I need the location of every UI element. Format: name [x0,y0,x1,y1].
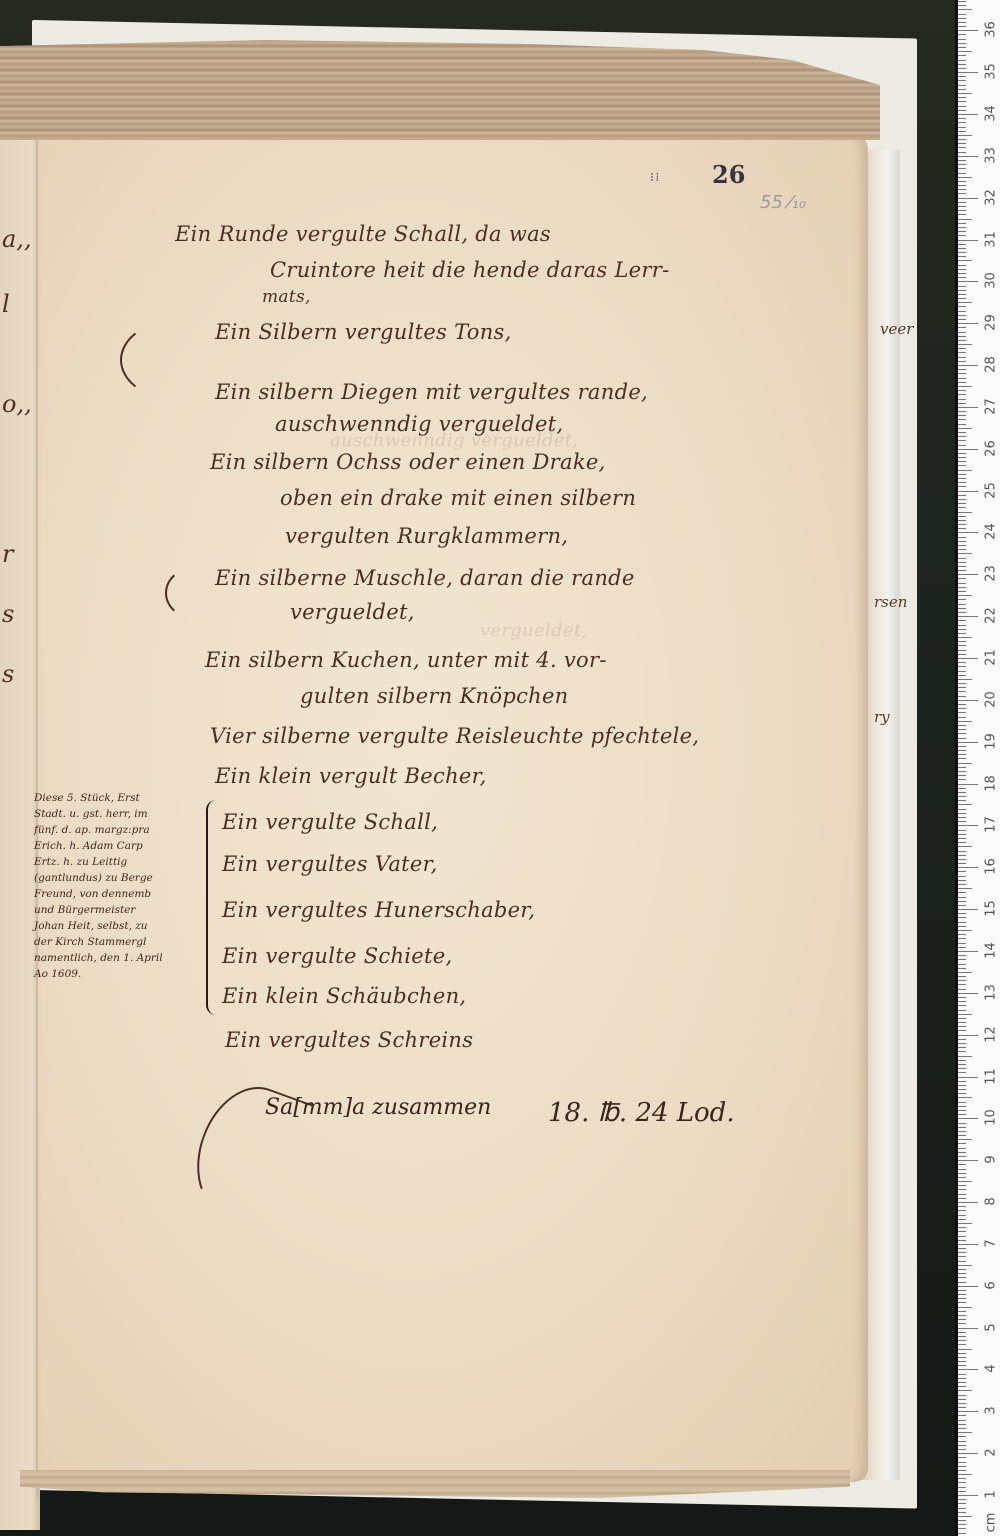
ruler-tick [958,80,966,81]
ruler-tick [958,407,978,408]
ruler-tick [958,959,966,960]
ruler-tick [958,683,966,684]
ruler-tick [958,1097,972,1098]
ruler-tick [958,1466,966,1467]
ruler-tick [958,495,966,496]
ruler-tick [958,679,972,680]
inventory-line: Vier silberne vergulte Reisleuchte pfech… [210,724,699,748]
ruler-tick [958,1030,966,1031]
inventory-line: vergueldet, [290,600,415,624]
ruler-tick [958,1286,978,1287]
ruler-tick [958,219,972,220]
ruler-tick [958,1035,978,1036]
ruler-tick [958,1169,966,1170]
ruler-label: 8 [984,1191,999,1213]
ruler-tick [958,717,966,718]
inventory-line: Ein silbern Kuchen, unter mit 4. vor- [205,648,607,672]
ruler-label: 12 [984,1023,999,1045]
ruler-tick [958,901,966,902]
inventory-line: vergulten Rurgklammern, [285,524,568,548]
ruler-tick [958,1248,966,1249]
ruler-tick [958,474,966,475]
ruler-tick [958,14,966,15]
margin-note-line: der Kirch Stammergl [34,934,204,950]
ruler-tick [958,1077,978,1078]
inventory-line: Ein vergultes Schreins [225,1028,473,1052]
ruler-tick [958,1081,966,1082]
ruler-tick [958,369,966,370]
inventory-line: Ein vergultes Hunerschaber, [222,898,535,922]
ruler-tick [958,327,966,328]
ruler-label: 34 [984,102,999,124]
ruler-tick [958,578,966,579]
ruler-label: 35 [984,61,999,83]
ruler-label: 23 [984,563,999,585]
inventory-line: Ein Runde vergulte Schall, da was [175,222,551,246]
ruler-tick [958,976,966,977]
ruler-tick [958,1533,966,1534]
ruler-tick [958,357,966,358]
ruler-label: 27 [984,395,999,417]
ruler-tick [958,1382,966,1383]
ruler-tick [958,336,966,337]
pencil-annotation: 55 ⁄₁₀ [760,192,806,213]
ruler-tick [958,486,966,487]
ruler-tick [958,168,966,169]
ruler-tick [958,240,978,241]
ruler-tick [958,1323,966,1324]
ruler-tick [958,507,966,508]
ruler-tick [958,436,966,437]
ruler-label: 25 [984,479,999,501]
ruler-tick [958,1256,966,1257]
ruler-tick [958,654,966,655]
ruler-tick [958,382,966,383]
ruler-tick [958,1344,966,1345]
ruler-tick [958,721,972,722]
ruler-tick [958,394,966,395]
ruler-tick [958,746,966,747]
ruler-tick [958,1503,966,1504]
ruler-tick [958,984,966,985]
ruler-label: 3 [984,1400,999,1422]
ruler-tick [958,989,966,990]
ruler-tick [958,503,966,504]
ruler-tick [958,386,972,387]
ruler-tick [958,390,966,391]
ruler-tick [958,1240,966,1241]
inventory-line: Ein vergultes Vater, [222,852,438,876]
margin-note-line: namentlich, den 1. April [34,950,204,966]
ruler-tick [958,1269,966,1270]
ruler-tick [958,51,972,52]
inventory-line: Ein silberne Muschle, daran die rande [215,566,635,590]
ruler-tick [958,1415,966,1416]
ruler-tick [958,193,966,194]
ruler-tick [958,97,966,98]
ruler-tick [958,1135,966,1136]
ruler-tick [958,671,966,672]
edge-fragment: veer [880,320,913,338]
margin-note-line: Stadt. u. gst. herr, im [34,806,204,822]
ruler-label: 26 [984,437,999,459]
ruler-tick [958,235,966,236]
ruler-tick [958,1462,966,1463]
ruler-tick [958,604,966,605]
ruler-tick [958,1202,978,1203]
edge-fragment: ry [874,708,890,726]
ruler-tick [958,244,966,245]
grouping-bracket [206,800,220,1015]
ruler-tick [958,461,966,462]
ruler-tick [958,851,966,852]
ruler-tick [958,1051,966,1052]
ruler-label: 15 [984,898,999,920]
ruler-tick [958,964,966,965]
ruler-tick [958,131,966,132]
ruler-tick [958,415,966,416]
ruler-tick [958,570,966,571]
left-page-fragment: a,, [2,225,32,253]
ruler-label: 32 [984,186,999,208]
ruler-tick [958,181,966,182]
ruler-tick [958,846,972,847]
ruler-tick [958,445,966,446]
ruler-tick [958,775,966,776]
ruler-label: 6 [984,1274,999,1296]
ruler-tick [958,210,966,211]
ruler-tick [958,1495,978,1496]
ruler-tick [958,1102,966,1103]
ruler-tick [958,813,966,814]
ruler-tick [958,545,966,546]
ruler-tick [958,645,966,646]
deckled-top-edge [0,40,880,140]
ruler-unit-label: cm [984,1512,999,1534]
ruler-tick [958,1407,966,1408]
ruler-tick [958,202,966,203]
ruler-tick [958,89,966,90]
ruler-tick [958,491,978,492]
ruler-tick [958,30,978,31]
ruler-tick [958,499,966,500]
ruler-tick [958,85,966,86]
ruler-tick [958,1424,966,1425]
ruler-tick [958,1173,966,1174]
ruler-label: 17 [984,814,999,836]
ruler-tick [958,591,966,592]
ruler-tick [958,319,966,320]
ruler-tick [958,738,966,739]
ruler-tick [958,863,966,864]
ruler-tick [958,1524,966,1525]
ruler-tick [958,625,966,626]
ruler-tick [958,198,978,199]
ruler-tick [958,76,966,77]
ruler-tick [958,532,978,533]
ruler-tick [958,1428,966,1429]
ruler-tick [958,1512,966,1513]
ruler-tick [958,821,966,822]
ruler-tick [958,256,966,257]
ruler-tick [958,1403,966,1404]
ruler-tick [958,286,966,287]
ruler-tick [958,147,966,148]
ruler-tick [958,884,966,885]
ruler-tick [958,549,966,550]
ruler-tick [958,1273,966,1274]
ruler-label: 9 [984,1149,999,1171]
ruler-tick [958,361,966,362]
ruler-tick [958,1282,966,1283]
ruler-tick [958,1365,966,1366]
ruler-tick [958,1386,966,1387]
ruler-tick [958,1294,966,1295]
ruler-tick [958,934,966,935]
ruler-tick [958,1022,966,1023]
ruler-tick [958,553,972,554]
ruler-tick [958,1399,966,1400]
ruler-tick [958,156,978,157]
ruler-tick [958,658,978,659]
bleed-through-text: vergueldet, [480,620,587,641]
ruler-tick [958,1508,966,1509]
ruler-tick [958,620,966,621]
ruler-tick [958,943,966,944]
ruler-tick [958,897,966,898]
ruler-tick [958,1520,966,1521]
ruler-label: 19 [984,730,999,752]
ruler-tick [958,1177,966,1178]
ruler-tick [958,323,978,324]
margin-note-line: fünf. d. ap. margz:pra [34,822,204,838]
ruler-label: 11 [984,1065,999,1087]
ruler-tick [958,189,966,190]
ruler-tick [958,1110,966,1111]
ruler-tick [958,1307,972,1308]
ruler-tick [958,269,966,270]
inventory-line: Ein klein vergult Becher, [215,764,487,788]
ruler-tick [958,294,966,295]
ruler-tick [958,809,966,810]
ruler-tick [958,524,966,525]
ruler-tick [958,470,972,471]
ruler-label: 16 [984,856,999,878]
ruler-tick [958,1005,966,1006]
ruler-tick [958,917,966,918]
ruler-label: 1 [984,1484,999,1506]
ruler-tick [958,1369,978,1370]
ruler-label: 18 [984,772,999,794]
ruler-label: 24 [984,521,999,543]
ruler-tick [958,704,966,705]
ruler-label: 7 [984,1232,999,1254]
ruler-tick [958,842,966,843]
margin-note: Diese 5. Stück, Erst Stadt. u. gst. herr… [34,790,204,982]
ruler-label: 13 [984,981,999,1003]
ruler-tick [958,729,966,730]
ruler-tick [958,712,966,713]
ruler-label: 33 [984,144,999,166]
ruler-tick [958,1499,966,1500]
ruler-tick [958,160,966,161]
ruler-tick [958,892,966,893]
ruler-tick [958,1026,966,1027]
inventory-line: mats, [262,287,311,307]
ruler-tick [958,1,966,2]
ruler-tick [958,537,966,538]
ruler-tick [958,1445,966,1446]
ruler-tick [958,248,966,249]
ruler-tick [958,796,966,797]
ruler-tick [958,399,966,400]
ruler-tick [958,373,966,374]
ruler-tick [958,1227,966,1228]
ruler-tick [958,1353,966,1354]
ruler-tick [958,419,966,420]
margin-note-line: und Bürgermeister [34,902,204,918]
ruler-tick [958,1441,966,1442]
ruler-tick [958,352,966,353]
left-page-fragment: s [2,600,14,628]
total-label: Sa[mm]a zusammen [265,1095,491,1120]
ruler-tick [958,185,966,186]
ruler-tick [958,1470,966,1471]
ruler-tick [958,1131,966,1132]
inventory-line: Ein vergulte Schall, [222,810,438,834]
ruler-tick [958,1118,978,1119]
ruler-tick [958,290,966,291]
ruler-tick [958,1420,966,1421]
ruler-tick [958,1089,966,1090]
ruler-tick [958,871,966,872]
ruler-tick [958,1528,966,1529]
ruler-tick [958,1328,978,1329]
ruler-tick [958,859,966,860]
ruler-tick [958,281,978,282]
ruler-tick [958,512,972,513]
ruler-tick [958,595,972,596]
ruler-tick [958,152,966,153]
ruler-tick [958,1014,972,1015]
ruler-tick [958,516,966,517]
ruler-tick [958,913,966,914]
ruler-tick [958,1457,966,1458]
ruler-tick [958,1189,966,1190]
ruler-tick [958,1315,966,1316]
ruler-tick [958,1039,966,1040]
ruler-tick [958,830,966,831]
ruler-tick [958,1265,972,1266]
ruler-tick [958,311,966,312]
ruler-tick [958,110,966,111]
ruler-tick [958,926,966,927]
ruler-tick [958,332,966,333]
ruler-tick [958,1198,966,1199]
ruler-tick [958,641,966,642]
ruler-label: 21 [984,647,999,669]
ruler-tick [958,1156,966,1157]
ruler-label: 30 [984,270,999,292]
ruler-tick [958,1482,966,1483]
ruler-tick [958,365,978,366]
ruler-tick [958,838,966,839]
ruler-tick [958,972,972,973]
ruler-tick [958,482,966,483]
ruler-tick [958,583,966,584]
ruler-tick [958,206,966,207]
ruler-tick [958,767,966,768]
ruler-tick [958,629,966,630]
inventory-line: Ein klein Schäubchen, [222,984,466,1008]
margin-note-line: Ao 1609. [34,966,204,982]
ruler-label: 4 [984,1358,999,1380]
ruler-tick [958,55,966,56]
ruler-label: 14 [984,939,999,961]
centimeter-ruler: 1234567891011121314151617181920212223242… [955,0,1000,1536]
ruler-tick [958,616,978,617]
ruler-tick [958,135,972,136]
ruler-tick [958,453,966,454]
ruler-tick [958,1148,966,1149]
ruler-tick [958,1068,966,1069]
ruler-tick [958,1194,966,1195]
ruler-tick [958,265,966,266]
ruler-tick [958,1010,966,1011]
ruler-tick [958,1311,966,1312]
margin-note-line: Johan Heit, selbst, zu [34,918,204,934]
ruler-tick [958,1093,966,1094]
ruler-tick [958,1332,966,1333]
ruler-label: 10 [984,1107,999,1129]
ruler-tick [958,980,966,981]
ruler-tick [958,562,966,563]
ruler-tick [958,675,966,676]
ruler-tick [958,855,966,856]
ruler-tick [958,1302,966,1303]
ruler-label: 31 [984,228,999,250]
ruler-tick [958,72,978,73]
ruler-tick [958,1236,966,1237]
ruler-tick [958,1056,972,1057]
margin-note-line: (gantlundus) zu Berge [34,870,204,886]
ruler-tick [958,725,966,726]
ruler-tick [958,39,966,40]
ruler-tick [958,1123,966,1124]
ruler-tick [958,449,978,450]
ruler-tick [958,922,966,923]
ruler-tick [958,1072,966,1073]
ruler-tick [958,817,966,818]
ruler-tick [958,223,966,224]
ruler-tick [958,177,972,178]
ruler-tick [958,666,966,667]
ruler-tick [958,478,966,479]
ruler-label: 5 [984,1316,999,1338]
ruler-tick [958,1206,966,1207]
ruler-tick [958,1516,972,1517]
ruler-tick [958,1491,966,1492]
ruler-tick [958,1340,966,1341]
ruler-label: 28 [984,354,999,376]
ruler-tick [958,139,966,140]
ruler-tick [958,5,966,6]
ruler-tick [958,1223,972,1224]
ruler-tick [958,34,966,35]
ruler-tick [958,997,966,998]
ruler-tick [958,122,966,123]
ruler-tick [958,1261,966,1262]
